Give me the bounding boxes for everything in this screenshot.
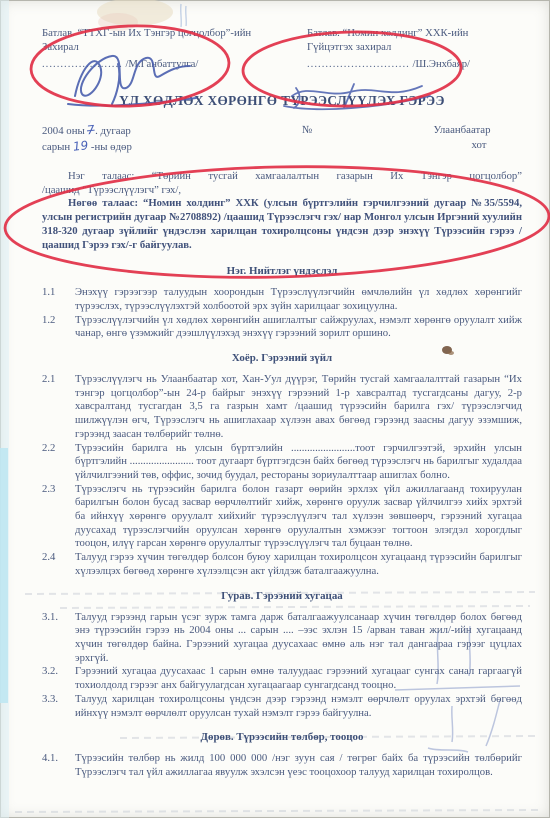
dateline: 2004 оны 7. дугаар сарын 19 -ны өдөр № У… [42, 123, 522, 155]
clause-2-3: 2.3 Түрээслэгч нь түрээсийн барилга боло… [42, 483, 522, 552]
clause-text: Гэрээний хугацаа дуусахаас 1 сарын өмнө … [75, 665, 522, 692]
clause-1-1: 1.1 Энэхүү гэрээгээр талуудын хоорондын … [42, 286, 522, 313]
clause-text: Түрээслэгч нь түрээсийн барилга болон га… [75, 483, 522, 552]
party-one-line2: /цаашид “Түрээслүүлэгч” гэх/, [42, 184, 522, 198]
clause-2-4: 2.4 Талууд гэрээ хүчин төгөлдөр болсон б… [42, 551, 522, 578]
approval-left: Батлав. “ТТХГ-ын Их Тэнгэр цогцолбор”-ий… [42, 26, 267, 71]
clause-number: 1.1 [42, 286, 75, 313]
city-block: Улаанбаатар хот [402, 123, 522, 155]
clause-number: 2.1 [42, 373, 75, 442]
document-title: ҮЛ ХӨДЛӨХ ХӨРӨНГӨ ТҮРЭЭСЛҮҮЛЭХ ГЭРЭЭ [42, 93, 522, 109]
party-two-paragraph: Нөгөө талаас: “Номин холдинг” ХХК (улсын… [42, 197, 522, 252]
clause-3-1: 3.1. Талууд гэрээнд гарын үсэг зурж тамг… [42, 611, 522, 666]
handwritten-month: 7 [87, 123, 96, 139]
clause-number: 3.1. [42, 611, 75, 666]
clause-text: Энэхүү гэрээгээр талуудын хоорондын Түрэ… [75, 286, 522, 313]
scanned-contract-page: Батлав. “ТТХГ-ын Их Тэнгэр цогцолбор”-ий… [0, 0, 550, 818]
signature-dots-left: ...................... [42, 58, 123, 70]
city-line1: Улаанбаатар [402, 123, 522, 138]
party-one-paragraph: Нэг талаас: “Төрийн тусгай хамгаалалтын … [42, 170, 522, 197]
clause-3-3: 3.3. Талууд харилцан тохиролцсоны үндсэн… [42, 693, 522, 720]
approval-left-line2: Захирал [42, 40, 267, 54]
clause-4-1: 4.1. Түрээсийн төлбөр нь жилд 100 000 00… [42, 752, 522, 779]
date-day-suffix: -ны өдөр [91, 141, 132, 153]
clause-number: 2.2 [42, 442, 75, 483]
clause-text: Талууд харилцан тохиролцсоны үндсэн дээр… [75, 693, 522, 720]
clause-text: Түрээслүүлэгч нь Улаанбаатар хот, Хан-Уу… [75, 373, 522, 442]
approval-left-line1: Батлав. “ТТХГ-ын Их Тэнгэр цогцолбор”-ий… [42, 26, 267, 40]
contract-number-sign: № [212, 123, 402, 155]
approver-name-right: /Ш.Энхбаяр/ [412, 58, 470, 70]
clause-number: 4.1. [42, 752, 75, 779]
approver-name-left: /М.Ганбаттулга/ [125, 58, 198, 70]
date-year: 2004 оны [42, 125, 85, 137]
signature-dots-right: ............................ [307, 58, 410, 70]
section-heading-2: Хоёр. Гэрээний зүйл [42, 352, 522, 364]
date-month-suffix: . дугаар [95, 125, 131, 137]
date-block: 2004 оны 7. дугаар сарын 19 -ны өдөр [42, 123, 212, 155]
clause-3-2: 3.2. Гэрээний хугацаа дуусахаас 1 сарын … [42, 665, 522, 692]
party-one-line1: Нэг талаас: “Төрийн тусгай хамгаалалтын … [42, 170, 522, 184]
clause-2-1: 2.1 Түрээслүүлэгч нь Улаанбаатар хот, Ха… [42, 373, 522, 442]
clause-number: 2.3 [42, 483, 75, 552]
clause-text: Талууд гэрээ хүчин төгөлдөр болсон буюу … [75, 551, 522, 578]
clause-text: Талууд гэрээнд гарын үсэг зурж тамга дар… [75, 611, 522, 666]
clause-number: 3.3. [42, 693, 75, 720]
clause-text: Түрээсийн барилга нь улсын бүртгэлийн ..… [75, 442, 522, 483]
clause-1-2: 1.2 Түрээслүүлэгчийн үл хөдлөх хөрөнгийн… [42, 314, 522, 341]
section-heading-1: Нэг. Нийтлэг үндэслэл [42, 265, 522, 277]
approval-header: Батлав. “ТТХГ-ын Их Тэнгэр цогцолбор”-ий… [42, 26, 522, 71]
clause-number: 2.4 [42, 551, 75, 578]
handwritten-day: 19 [72, 138, 89, 155]
approval-right-line1: Батлав. “Номин холдинг” ХХК-ийн [307, 26, 522, 40]
clause-2-2: 2.2 Түрээсийн барилга нь улсын бүртгэлий… [42, 442, 522, 483]
clause-number: 3.2. [42, 665, 75, 692]
clause-text: Түрээсийн төлбөр нь жилд 100 000 000 /нэ… [75, 752, 522, 779]
approval-right-line2: Гүйцэтгэх захирал [307, 40, 522, 54]
date-day-prefix: сарын [42, 141, 70, 153]
clause-text: Түрээслүүлэгчийн үл хөдлөх хөрөнгийн аши… [75, 314, 522, 341]
section-heading-4: Дөрөв. Түрээсийн төлбөр, тооцоо [42, 731, 522, 743]
clause-number: 1.2 [42, 314, 75, 341]
approval-right: Батлав. “Номин холдинг” ХХК-ийн Гүйцэтгэ… [307, 26, 522, 71]
city-line2: хот [402, 138, 522, 153]
section-heading-3: Гурав. Гэрээний хугацаа [42, 590, 522, 602]
